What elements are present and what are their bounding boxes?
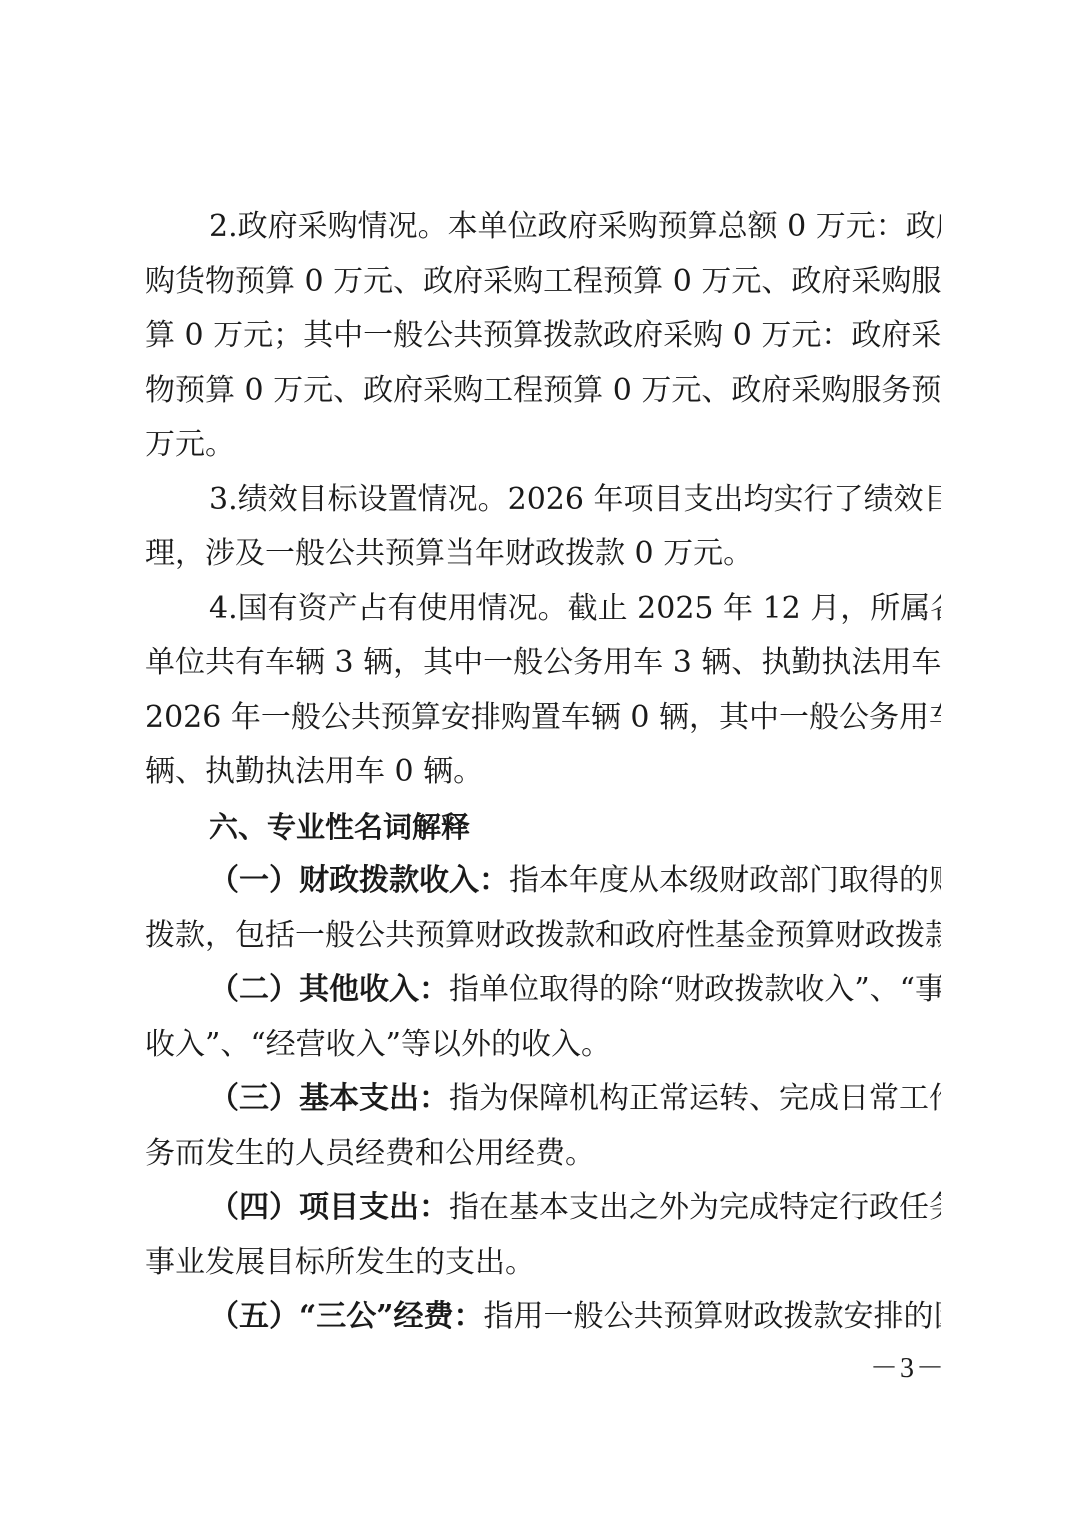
text-line: 2.政府采购情况。本单位政府采购预算总额 0 万元：政府采 — [145, 200, 941, 255]
text-line: 算 0 万元；其中一般公共预算拨款政府采购 0 万元：政府采购货 — [145, 309, 941, 364]
definition-text: 指本年度从本级财政部门取得的财政 — [509, 863, 941, 898]
text-line: 辆、执勤执法用车 0 辆。 — [145, 745, 941, 800]
definition-text: 指在基本支出之外为完成特定行政任务和 — [449, 1190, 941, 1225]
definition-term: （一）财政拨款收入： — [209, 863, 509, 898]
text-line: 收入”、“经营收入”等以外的收入。 — [145, 1018, 941, 1073]
paragraph-assets: 4.国有资产占有使用情况。截止 2025 年 12 月，所属各预算 单位共有车辆… — [145, 582, 941, 800]
section-heading: 六、专业性名词解释 — [145, 800, 941, 855]
text-line: （一）财政拨款收入：指本年度从本级财政部门取得的财政 — [145, 854, 941, 909]
text-line: 拨款，包括一般公共预算财政拨款和政府性基金预算财政拨款。 — [145, 909, 941, 964]
text-line: 3.绩效目标设置情况。2026 年项目支出均实行了绩效目标管 — [145, 473, 941, 528]
text-line: 理，涉及一般公共预算当年财政拨款 0 万元。 — [145, 527, 941, 582]
definition-text: 指单位取得的除“财政拨款收入”、“事业 — [449, 972, 941, 1007]
page-number: －3－ — [870, 1346, 946, 1386]
text-line: 务而发生的人员经费和公用经费。 — [145, 1127, 941, 1182]
definition-text: 指用一般公共预算财政拨款安排的因公 — [484, 1299, 941, 1334]
text-line: 单位共有车辆 3 辆，其中一般公务用车 3 辆、执勤执法用车 0 辆。 — [145, 636, 941, 691]
definition-fiscal-appropriation-income: （一）财政拨款收入：指本年度从本级财政部门取得的财政 拨款，包括一般公共预算财政… — [145, 854, 941, 963]
paragraph-performance: 3.绩效目标设置情况。2026 年项目支出均实行了绩效目标管 理，涉及一般公共预… — [145, 473, 941, 582]
definition-project-expenditure: （四）项目支出：指在基本支出之外为完成特定行政任务和 事业发展目标所发生的支出。 — [145, 1181, 941, 1290]
definition-term: （四）项目支出： — [209, 1190, 449, 1225]
definition-other-income: （二）其他收入：指单位取得的除“财政拨款收入”、“事业 收入”、“经营收入”等以… — [145, 963, 941, 1072]
paragraph-procurement: 2.政府采购情况。本单位政府采购预算总额 0 万元：政府采 购货物预算 0 万元… — [145, 200, 941, 473]
text-line: （四）项目支出：指在基本支出之外为完成特定行政任务和 — [145, 1181, 941, 1236]
document-page: 2.政府采购情况。本单位政府采购预算总额 0 万元：政府采 购货物预算 0 万元… — [145, 200, 941, 1345]
text-line: 2026 年一般公共预算安排购置车辆 0 辆，其中一般公务用车 0 — [145, 691, 941, 746]
text-line: （三）基本支出：指为保障机构正常运转、完成日常工作任 — [145, 1072, 941, 1127]
text-line: （二）其他收入：指单位取得的除“财政拨款收入”、“事业 — [145, 963, 941, 1018]
definition-basic-expenditure: （三）基本支出：指为保障机构正常运转、完成日常工作任 务而发生的人员经费和公用经… — [145, 1072, 941, 1181]
definition-term: （三）基本支出： — [209, 1081, 449, 1116]
definition-text: 指为保障机构正常运转、完成日常工作任 — [449, 1081, 941, 1116]
definition-three-public-expenses: （五）“三公”经费：指用一般公共预算财政拨款安排的因公 — [145, 1290, 941, 1345]
text-line: 物预算 0 万元、政府采购工程预算 0 万元、政府采购服务预算 0 — [145, 364, 941, 419]
text-line: 购货物预算 0 万元、政府采购工程预算 0 万元、政府采购服务预 — [145, 255, 941, 310]
definition-term: （二）其他收入： — [209, 972, 449, 1007]
text-line: 4.国有资产占有使用情况。截止 2025 年 12 月，所属各预算 — [145, 582, 941, 637]
text-line: 事业发展目标所发生的支出。 — [145, 1236, 941, 1291]
definition-term: （五）“三公”经费： — [209, 1299, 484, 1334]
text-line: （五）“三公”经费：指用一般公共预算财政拨款安排的因公 — [145, 1290, 941, 1345]
text-line: 万元。 — [145, 418, 941, 473]
